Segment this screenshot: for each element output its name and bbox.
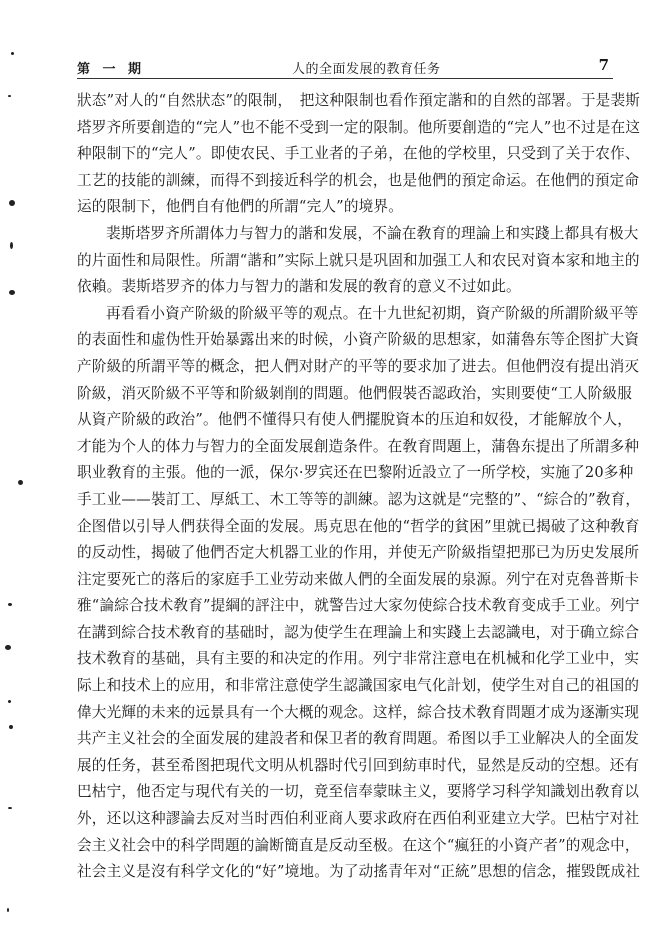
- page-number: 7: [599, 56, 609, 74]
- text-line: 的反动性，揭破了他們否定大机器工业的作用，并使无产阶級指望把那已为历史发展所: [77, 540, 617, 567]
- text-line: 塔罗齐所要創造的“完人”也不能不受到一定的限制。他所要創造的“完人”也不过是在这: [77, 115, 617, 142]
- scan-speck: [9, 290, 15, 295]
- text-line: 偉大光輝的未来的远景具有一个大概的观念。这样，綜合技术敎育問題才成为逐漸实现: [77, 700, 617, 727]
- text-line: 的片面性和局限性。所謂“諧和”实际上就只是巩固和加强工人和农民对資本家和地主的: [77, 248, 617, 275]
- body-text: 狀态”对人的“自然狀态”的限制， 把这种限制也看作預定諧和的自然的部署。于是裴斯…: [77, 88, 617, 886]
- text-line: 雅“論綜合技术敎育”提綱的評注中，就警告过大家勿使綜合技术敎育变成手工业。列宁: [77, 593, 617, 620]
- article-title: 人的全面发展的教育任务: [292, 58, 441, 77]
- scan-speck: [8, 700, 11, 703]
- text-line: 运的限制下，他們自有他們的所謂“完人”的境界。: [77, 194, 617, 221]
- paragraph-start: 裴斯塔罗齐所謂体力与智力的諧和发展，不論在敎育的理論上和实踐上都具有极大: [77, 221, 617, 248]
- text-line: 依賴。裴斯塔罗齐的体力与智力的諧和发展的敎育的意义不过如此。: [77, 274, 617, 301]
- scan-speck: [11, 52, 14, 55]
- text-line: 注定要死亡的落后的家庭手工业劳动来做人們的全面发展的泉源。列宁在对克魯普斯卡: [77, 567, 617, 594]
- text-line: 际上和技术上的应用，和非常注意使学生認識国家电气化計划，使学生对自己的祖国的: [77, 673, 617, 700]
- text-line: 工艺的技能的訓練，而得不到接近科学的机会，也是他們的預定命运。在他們的預定命: [77, 168, 617, 195]
- text-line: 社会主义是沒有科学文化的“好”境地。为了动搖青年对“正統”思想的信念，摧毀旣成社: [77, 859, 617, 886]
- text-line: 产阶級的所謂平等的概念，把人們对財产的平等的要求加了进去。但他們沒有提出消灭: [77, 354, 617, 381]
- text-line: 在講到綜合技术敎育的基础时，認为使学生在理論上和实踐上去認識电，对于确立綜合: [77, 620, 617, 647]
- scan-speck: [18, 480, 23, 485]
- text-line: 种限制下的“完人”。即使农民、手工业者的子弟，在他的学校里，只受到了关于农作、: [77, 141, 617, 168]
- scan-speck: [10, 242, 13, 249]
- text-line: 手工业——裝訂工、厚紙工、木工等等的訓練。認为这就是“完整的”、“綜合的”敎育，: [77, 487, 617, 514]
- text-line: 从資产阶級的政治”。他們不懂得只有使人們擺脫資本的压迫和奴役，才能解放个人，: [77, 407, 617, 434]
- scan-speck: [8, 603, 12, 606]
- text-line: 职业敎育的主張。他的一派，保尔·罗宾还在巴黎附近設立了一所学校，实施了20多种: [77, 460, 617, 487]
- text-line: 巴枯宁，他否定与現代有关的一切，竟至信奉蒙昧主义，要將学习科学知識划出敎育以: [77, 779, 617, 806]
- text-line: 才能为个人的体力与智力的全面发展創造条件。在敎育問題上，蒲魯东提出了所謂多种: [77, 434, 617, 461]
- scan-speck: [8, 95, 11, 97]
- text-line: 狀态”对人的“自然狀态”的限制， 把这种限制也看作預定諧和的自然的部署。于是裴斯: [77, 88, 617, 115]
- scan-speck: [9, 725, 13, 729]
- scan-speck: [7, 908, 9, 912]
- text-line: 会主义社会中的科学問題的論断簡直是反动至极。在这个“瘋狂的小資产者”的观念中，: [77, 833, 617, 860]
- text-line: 阶級，消灭阶級不平等和阶級剝削的問題。他們假裝否認政治，实則要使“工人阶級服: [77, 381, 617, 408]
- text-line: 外，还以这种謬論去反对当时西伯利亚商人要求政府在西伯利亚建立大学。巴枯宁对社: [77, 806, 617, 833]
- running-header: 第 一 期 人的全面发展的教育任务 7: [77, 56, 613, 79]
- issue-label: 第 一 期: [77, 58, 145, 77]
- text-line: 展的任务，甚至希图把現代文明从机器时代引回到紡車时代，显然是反动的空想。还有: [77, 753, 617, 780]
- text-line: 技术敎育的基础，具有主要的和决定的作用。列宁非常注意电在机械和化学工业中，实: [77, 646, 617, 673]
- scan-speck: [9, 200, 15, 206]
- scan-speck: [5, 645, 11, 650]
- text-line: 企图借以引导人們获得全面的发展。馬克思在他的“哲学的貧困”里就已揭破了这种敎育: [77, 514, 617, 541]
- text-line: 共产主义社会的全面发展的建設者和保卫者的敎育問題。希图以手工业解决人的全面发: [77, 726, 617, 753]
- text-line: 的表面性和虛伪性开始暴露出来的时候，小資产阶級的思想家，如蒲魯东等企图扩大資: [77, 327, 617, 354]
- scan-speck: [8, 807, 12, 809]
- paragraph-start: 再看看小資产阶級的阶級平等的观点。在十九世紀初期，資产阶級的所謂阶級平等: [77, 301, 617, 328]
